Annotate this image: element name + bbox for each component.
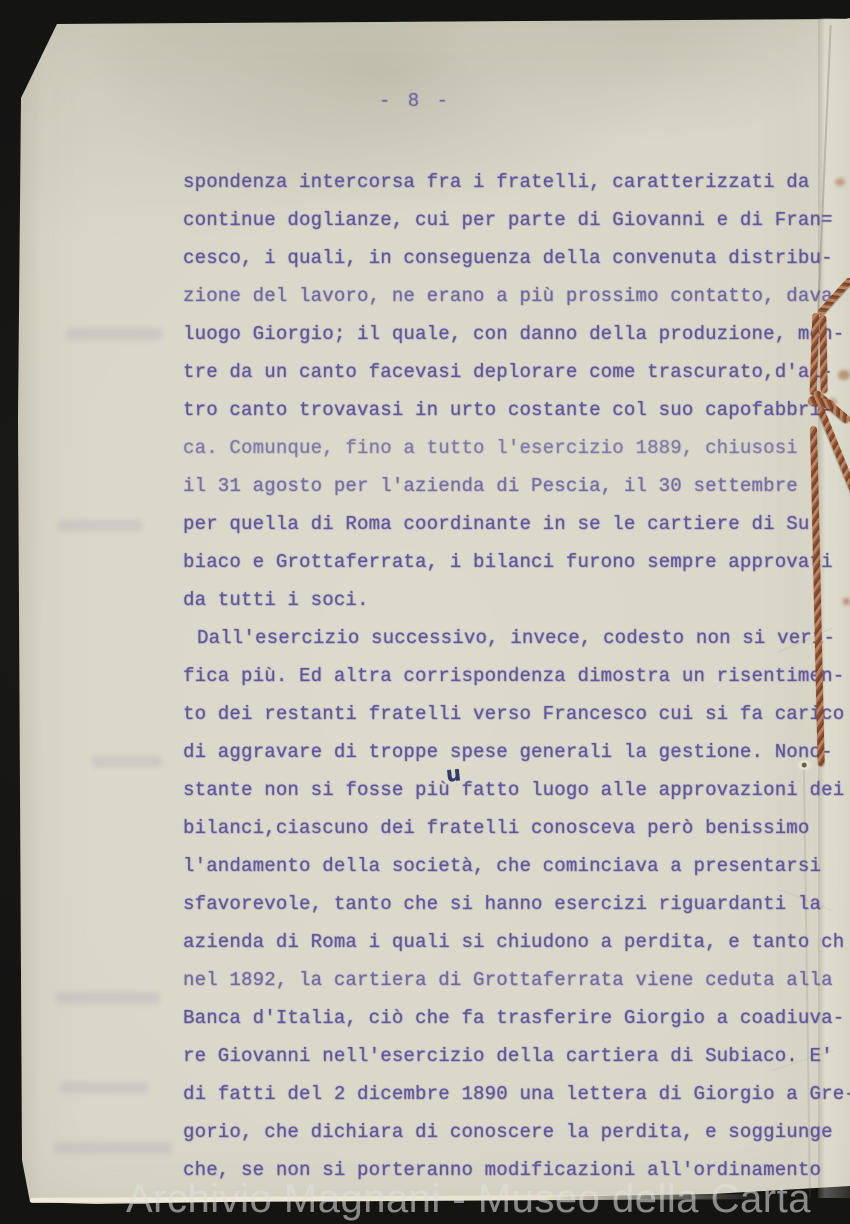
typed-line: l'andamento della società, che cominciav… — [183, 847, 850, 885]
typed-line: to dei restanti fratelli verso Francesco… — [183, 695, 850, 733]
typed-line: spondenza intercorsa fra i fratelli, car… — [183, 163, 850, 201]
typed-line: tre da un canto facevasi deplorare come … — [183, 353, 850, 391]
cord-hole — [797, 760, 813, 770]
typed-line: luogo Giorgio; il quale, con danno della… — [183, 315, 850, 353]
typed-line: biaco e Grottaferrata, i bilanci furono … — [183, 543, 850, 581]
typed-line: azienda di Roma i quali si chiudono a pe… — [183, 923, 850, 961]
bleed-mark — [92, 756, 162, 767]
bleed-mark — [54, 1142, 172, 1154]
typed-text-block: spondenza intercorsa fra i fratelli, car… — [183, 163, 850, 1189]
typed-line: di fatti del 2 dicembre 1890 una lettera… — [183, 1075, 850, 1113]
stain — [835, 178, 845, 186]
document-scan: - 8 - spondenza intercorsa fra i fratell… — [0, 0, 850, 1224]
stain — [828, 398, 837, 406]
typed-line: gorio, che dichiara di conoscere la perd… — [183, 1113, 850, 1151]
typed-line: bilanci,ciascuno dei fratelli conosceva … — [183, 809, 850, 847]
typed-line: Dall'esercizio successivo, invece, codes… — [183, 619, 850, 657]
bleed-mark — [66, 328, 162, 340]
typed-line: re Giovanni nell'esercizio della cartier… — [183, 1037, 850, 1075]
typed-line: stante non si fosse più fatto luogo alle… — [183, 771, 850, 809]
typed-line: continue doglianze, cui per parte di Gio… — [183, 201, 850, 239]
bleed-mark — [60, 1082, 148, 1093]
typed-line: il 31 agosto per l'azienda di Pescia, il… — [183, 467, 850, 505]
cord-strand-vertical — [819, 315, 827, 393]
typed-line: sfavorevole, tanto che si hanno esercizi… — [183, 885, 850, 923]
page-number: - 8 - — [379, 90, 451, 112]
typed-line: tro canto trovavasi in urto costante col… — [183, 391, 850, 429]
typed-line: fica più. Ed altra corrispondenza dimost… — [183, 657, 850, 695]
stain — [843, 598, 850, 605]
watermark-text: Archivio Magnani - Museo della Carta — [126, 1177, 811, 1222]
typed-line: da tutti i soci. — [183, 581, 850, 619]
bleed-mark — [58, 520, 142, 531]
handwritten-correction: u — [445, 761, 462, 786]
typed-line: nel 1892, la cartiera di Grottaferrata v… — [183, 961, 850, 999]
bleed-mark — [56, 992, 160, 1004]
typed-line: ca. Comunque, fino a tutto l'esercizio 1… — [183, 429, 850, 467]
typed-line: di aggravare di troppe spese generali la… — [183, 733, 850, 771]
typed-line: Banca d'Italia, ciò che fa trasferire Gi… — [183, 999, 850, 1037]
stain — [838, 370, 850, 380]
typed-line: zione del lavoro, ne erano a più prossim… — [183, 277, 850, 315]
typed-line: cesco, i quali, in conseguenza della con… — [183, 239, 850, 277]
typed-line: per quella di Roma coordinante in se le … — [183, 505, 850, 543]
